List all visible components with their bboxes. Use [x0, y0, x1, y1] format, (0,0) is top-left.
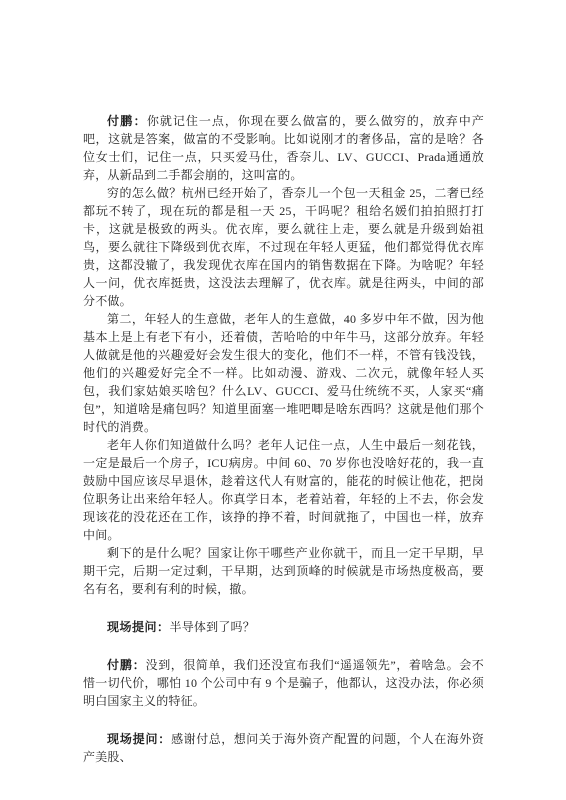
paragraph-text: 老年人你们知道做什么吗？老年人记住一点，人生中最后一刻花钱，一定是最后一个房子，… [83, 438, 484, 542]
speech-paragraph: 现场提问：半导体到了吗？ [83, 618, 484, 636]
paragraph-text: 剩下的是什么呢？国家让你干哪些产业你就干，而且一定干早期，早期干完，后期一定过剩… [83, 546, 484, 596]
transcript-body: 付鹏：你就记住一点，你现在要么做富的，要么做穷的，放弃中产吧，这就是答案，做富的… [83, 112, 484, 766]
speech-paragraph: 付鹏：没到，很简单，我们还没宣布我们“遥遥领先”，着啥急。会不惜一切代价，哪怕 … [83, 656, 484, 710]
paragraph-text: 半导体到了吗？ [170, 620, 255, 634]
body-paragraph: 第二，年轻人的生意做，老年人的生意做，40 多岁中年不做，因为他基本上是上有老下… [83, 310, 484, 436]
body-paragraph: 老年人你们知道做什么吗？老年人记住一点，人生中最后一刻花钱，一定是最后一个房子，… [83, 436, 484, 544]
paragraph-text: 第二，年轻人的生意做，老年人的生意做，40 多岁中年不做，因为他基本上是上有老下… [83, 312, 484, 434]
speaker-label: 现场提问： [107, 620, 170, 634]
speaker-label: 现场提问： [107, 732, 171, 746]
speech-paragraph: 现场提问：感谢付总，想问关于海外资产配置的问题，个人在海外资产美股、 [83, 730, 484, 766]
body-paragraph: 穷的怎么做？杭州已经开始了，香奈儿一个包一天租金 25，二奢已经都玩不转了，现在… [83, 184, 484, 310]
paragraph-text: 穷的怎么做？杭州已经开始了，香奈儿一个包一天租金 25，二奢已经都玩不转了，现在… [83, 186, 484, 308]
speaker-label: 付鹏： [107, 114, 147, 128]
speaker-label: 付鹏： [107, 658, 146, 672]
document-page: 付鹏：你就记住一点，你现在要么做富的，要么做穷的，放弃中产吧，这就是答案，做富的… [0, 0, 566, 800]
speech-paragraph: 付鹏：你就记住一点，你现在要么做富的，要么做穷的，放弃中产吧，这就是答案，做富的… [83, 112, 484, 184]
body-paragraph: 剩下的是什么呢？国家让你干哪些产业你就干，而且一定干早期，早期干完，后期一定过剩… [83, 544, 484, 598]
